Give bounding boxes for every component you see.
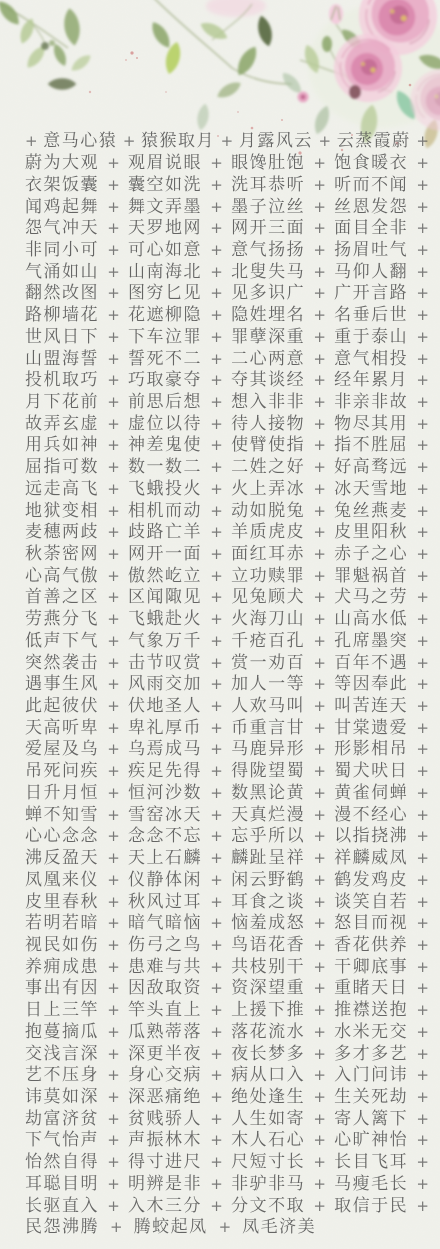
idiom-chain-row: 蔚为大观+观眉说眼+眼馋肚饱+饱食暖衣+	[25, 153, 429, 175]
idiom-text: 入木三分	[128, 1196, 202, 1217]
plus-separator: +	[210, 305, 223, 326]
idiom-text: 尺短寸长	[231, 1152, 305, 1173]
idiom-text: 隐姓埋名	[231, 305, 305, 326]
idiom-text: 伏地圣人	[128, 696, 202, 717]
plus-separator: +	[107, 414, 120, 435]
rose-bud	[298, 92, 309, 103]
idiom-chain-row: 屈指可数+数一数二+二姓之好+好高骛远+	[25, 457, 429, 479]
idiom-text: 衣架饭囊	[25, 175, 99, 196]
idiom-text: 屈指可数	[25, 457, 99, 478]
plus-separator: +	[210, 544, 223, 565]
plus-separator: +	[416, 522, 429, 543]
idiom-text: 祥麟威凤	[334, 848, 408, 869]
plus-separator: +	[107, 370, 120, 391]
leaf-branch-middle	[148, 0, 305, 131]
idiom-text: 重于泰山	[334, 327, 408, 348]
idiom-text: 世风日下	[25, 327, 99, 348]
plus-separator: +	[313, 826, 326, 847]
idiom-text: 鸟语花香	[231, 935, 305, 956]
plus-separator: +	[107, 153, 120, 174]
plus-separator: +	[210, 935, 223, 956]
idiom-text: 百年不遇	[334, 653, 408, 674]
plus-separator: +	[210, 739, 223, 760]
idiom-text: 丝恩发怨	[334, 197, 408, 218]
idiom-text: 飞蛾投火	[128, 479, 202, 500]
plus-separator: +	[210, 349, 223, 370]
plus-separator: +	[210, 1087, 223, 1108]
plus-separator: +	[210, 1022, 223, 1043]
plus-separator: +	[313, 848, 326, 869]
plus-separator: +	[210, 978, 223, 999]
idiom-text: 相机而动	[128, 501, 202, 522]
idiom-text: 囊空如洗	[128, 175, 202, 196]
plus-separator: +	[210, 218, 223, 239]
plus-separator: +	[313, 457, 326, 478]
plus-separator: +	[416, 957, 429, 978]
plus-separator: +	[416, 175, 429, 196]
plus-separator: +	[210, 240, 223, 261]
plus-separator: +	[210, 522, 223, 543]
idiom-chain-row: 山盟海誓+誓死不二+二心两意+意气相投+	[25, 348, 429, 370]
plus-separator: +	[107, 1109, 120, 1130]
plus-separator: +	[107, 957, 120, 978]
idiom-text: 虚位以待	[128, 414, 202, 435]
idiom-text: 怒目而视	[334, 913, 408, 934]
idiom-text: 前思后想	[128, 392, 202, 413]
plus-separator: +	[416, 1152, 429, 1173]
idiom-text: 深恶痛绝	[128, 1087, 202, 1108]
idiom-text: 花遮柳隐	[128, 305, 202, 326]
idiom-chain-row: 秋荼密网+网开一面+面红耳赤+赤子之心+	[25, 544, 429, 566]
idiom-text: 扬眉吐气	[334, 240, 408, 261]
plus-separator: +	[107, 848, 120, 869]
plus-separator: +	[210, 566, 223, 587]
idiom-text: 讳莫如深	[25, 1087, 99, 1108]
plus-separator: +	[416, 544, 429, 565]
plus-separator: +	[107, 262, 120, 283]
idiom-text: 冰天雪地	[334, 479, 408, 500]
plus-separator: +	[313, 1065, 326, 1086]
idiom-text: 耳食之谈	[231, 892, 305, 913]
idiom-text: 等因奉此	[334, 674, 408, 695]
idiom-chain-row: 事出有因+因敌取资+资深望重+重睹天日+	[25, 978, 429, 1000]
plus-separator: +	[210, 457, 223, 478]
idiom-text: 网开一面	[128, 544, 202, 565]
idiom-text: 多才多艺	[334, 1044, 408, 1065]
plus-separator: +	[416, 826, 429, 847]
plus-separator: +	[107, 1174, 120, 1195]
idiom-chain-row: 抱蔓摘瓜+瓜熟蒂落+落花流水+水米无交+	[25, 1021, 429, 1043]
idiom-text: 广开言路	[334, 283, 408, 304]
plus-separator: +	[107, 826, 120, 847]
idiom-chain-row: 视民如伤+伤弓之鸟+鸟语花香+香花供养+	[25, 935, 429, 957]
idiom-text: 怡然自得	[25, 1152, 99, 1173]
idiom-text: 患难与共	[128, 957, 202, 978]
idiom-text: 马瘦毛长	[334, 1174, 408, 1195]
leaf-bud	[41, 42, 49, 50]
idiom-chain-row: +意马心猿+猿猴取月+月露风云+云蒸霞蔚+	[25, 131, 429, 153]
plus-separator: +	[416, 349, 429, 370]
plus-separator: +	[210, 1044, 223, 1065]
idiom-chain-row: 用兵如神+神差鬼使+使臂使指+指不胜屈+	[25, 435, 429, 457]
plus-separator: +	[313, 1109, 326, 1130]
plus-separator: +	[313, 566, 326, 587]
plus-separator: +	[416, 392, 429, 413]
plus-separator: +	[210, 674, 223, 695]
idiom-text: 罪孽深重	[231, 327, 305, 348]
idiom-chain-row: 远走高飞+飞蛾投火+火上弄冰+冰天雪地+	[25, 479, 429, 501]
idiom-chain-row: 地狱变相+相机而动+动如脱兔+兔丝燕麦+	[25, 500, 429, 522]
idiom-text: 闲云野鹤	[231, 870, 305, 891]
idiom-chain-row: 蝉不知雪+雪窑冰天+天真烂漫+漫不经心+	[25, 804, 429, 826]
idiom-text: 天上石麟	[128, 848, 202, 869]
idiom-text: 日上三竿	[25, 1000, 99, 1021]
plus-separator: +	[416, 761, 429, 782]
idiom-text: 仪静体闲	[128, 870, 202, 891]
idiom-text: 首善之区	[25, 587, 99, 608]
idiom-chain-row: 凤凰来仪+仪静体闲+闲云野鹤+鹤发鸡皮+	[25, 869, 429, 891]
idiom-text: 投机取巧	[25, 370, 99, 391]
idiom-text: 兔丝燕麦	[334, 501, 408, 522]
plus-separator: +	[210, 479, 223, 500]
idiom-text: 饱食暖衣	[334, 153, 408, 174]
idiom-text: 好高骛远	[334, 457, 408, 478]
plus-separator: +	[107, 913, 120, 934]
idiom-text: 傲然屹立	[128, 566, 202, 587]
idiom-text: 皮里春秋	[25, 892, 99, 913]
idiom-text: 吊死问疾	[25, 761, 99, 782]
idiom-text: 秋风过耳	[128, 892, 202, 913]
plus-separator: +	[416, 587, 429, 608]
idiom-text: 币重言甘	[231, 718, 305, 739]
idiom-text: 形影相吊	[334, 739, 408, 760]
idiom-text: 雪窑冰天	[128, 805, 202, 826]
idiom-text: 下车泣罪	[128, 327, 202, 348]
idiom-chain-row: 闻鸡起舞+舞文弄墨+墨子泣丝+丝恩发怨+	[25, 196, 429, 218]
idiom-text: 夜长梦多	[231, 1044, 305, 1065]
idiom-text: 面目全非	[334, 218, 408, 239]
idiom-chain-row: 月下花前+前思后想+想入非非+非亲非故+	[25, 392, 429, 414]
idiom-text: 孔席墨突	[334, 631, 408, 652]
plus-separator: +	[107, 674, 120, 695]
idiom-chain-row: 低声下气+气象万千+千疮百孔+孔席墨突+	[25, 631, 429, 653]
idiom-text: 网开三面	[231, 218, 305, 239]
plus-separator: +	[313, 805, 326, 826]
plus-separator: +	[210, 783, 223, 804]
idiom-text: 非亲非故	[334, 392, 408, 413]
plus-separator: +	[416, 1174, 429, 1195]
idiom-text: 上援下推	[231, 1000, 305, 1021]
idiom-text: 水米无交	[334, 1022, 408, 1043]
idiom-text: 赤子之心	[334, 544, 408, 565]
idiom-text: 落花流水	[231, 1022, 305, 1043]
idiom-text: 突然袭击	[25, 653, 99, 674]
idiom-text: 病从口入	[231, 1065, 305, 1086]
plus-separator: +	[313, 544, 326, 565]
idiom-chain-row: 劫富济贫+贫贱骄人+人生如寄+寄人篱下+	[25, 1108, 429, 1130]
plus-separator: +	[416, 501, 429, 522]
idiom-text: 耳聪目明	[25, 1174, 99, 1195]
plus-separator: +	[210, 718, 223, 739]
idiom-text: 恼羞成怒	[231, 913, 305, 934]
plus-separator: +	[219, 1217, 232, 1238]
plus-separator: +	[416, 631, 429, 652]
plus-separator: +	[313, 631, 326, 652]
idiom-text: 长驱直入	[25, 1196, 99, 1217]
plus-separator: +	[313, 305, 326, 326]
plus-separator: +	[107, 544, 120, 565]
idiom-text: 气象万千	[128, 631, 202, 652]
plus-separator: +	[313, 218, 326, 239]
plus-separator: +	[416, 870, 429, 891]
plus-separator: +	[107, 1065, 120, 1086]
idiom-text: 麟趾呈祥	[231, 848, 305, 869]
plus-separator: +	[210, 848, 223, 869]
plus-separator: +	[313, 892, 326, 913]
idiom-text: 心心念念	[25, 826, 99, 847]
idiom-chain-row: 养痈成患+患难与共+共枝别干+干卿底事+	[25, 956, 429, 978]
plus-separator: +	[107, 718, 120, 739]
idiom-text: 蔚为大观	[25, 153, 99, 174]
plus-separator: +	[107, 739, 120, 760]
rose-bud	[329, 4, 343, 24]
leaf-sprig-left	[0, 0, 93, 90]
plus-separator: +	[313, 1022, 326, 1043]
idiom-text: 资深望重	[231, 978, 305, 999]
idiom-text: 非同小可	[25, 240, 99, 261]
plus-separator: +	[107, 870, 120, 891]
plus-separator: +	[416, 131, 429, 152]
plus-separator: +	[107, 696, 120, 717]
plus-separator: +	[313, 1130, 326, 1151]
plus-separator: +	[107, 522, 120, 543]
idiom-text: 共枝别干	[231, 957, 305, 978]
watercolor-wash	[206, 0, 266, 17]
plus-separator: +	[107, 978, 120, 999]
idiom-text: 火上弄冰	[231, 479, 305, 500]
plus-separator: +	[210, 587, 223, 608]
idiom-text: 深更半夜	[128, 1044, 202, 1065]
idiom-chain-row: 心高气傲+傲然屹立+立功赎罪+罪魁祸首+	[25, 565, 429, 587]
plus-separator: +	[107, 631, 120, 652]
idiom-text: 二心两意	[231, 349, 305, 370]
plus-separator: +	[107, 218, 120, 239]
plus-separator: +	[107, 197, 120, 218]
idiom-text: 立功赎罪	[231, 566, 305, 587]
idiom-chain: +意马心猿+猿猴取月+月露风云+云蒸霞蔚+蔚为大观+观眉说眼+眼馋肚饱+饱食暖衣…	[0, 131, 440, 1239]
plus-separator: +	[110, 1217, 123, 1238]
plus-separator: +	[416, 696, 429, 717]
plus-separator: +	[313, 935, 326, 956]
idiom-text: 月下花前	[25, 392, 99, 413]
idiom-chain-row: 耳聪目明+明辨是非+非驴非马+马瘦毛长+	[25, 1174, 429, 1196]
idiom-text: 养痈成患	[25, 957, 99, 978]
plus-separator: +	[210, 870, 223, 891]
plus-separator: +	[210, 1000, 223, 1021]
idiom-text: 山盟海誓	[25, 349, 99, 370]
idiom-text: 风雨交加	[128, 674, 202, 695]
idiom-text: 鹤发鸡皮	[334, 870, 408, 891]
idiom-text: 得陇望蜀	[231, 761, 305, 782]
plus-separator: +	[416, 739, 429, 760]
plus-separator: +	[107, 761, 120, 782]
plus-separator: +	[313, 501, 326, 522]
plus-separator: +	[107, 783, 120, 804]
plus-separator: +	[210, 761, 223, 782]
idiom-chain-row: 投机取巧+巧取豪夺+夺其谈经+经年累月+	[25, 370, 429, 392]
idiom-text: 夺其谈经	[231, 370, 305, 391]
plus-separator: +	[107, 457, 120, 478]
plus-separator: +	[210, 392, 223, 413]
idiom-text: 区闻陬见	[128, 587, 202, 608]
plus-separator: +	[313, 783, 326, 804]
plus-separator: +	[210, 913, 223, 934]
plus-separator: +	[210, 1152, 223, 1173]
idiom-text: 路柳墙花	[25, 305, 99, 326]
plus-separator: +	[210, 609, 223, 630]
idiom-text: 见兔顾犬	[231, 587, 305, 608]
idiom-chain-row: 艺不压身+身心交病+病从口入+入门问讳+	[25, 1065, 429, 1087]
idiom-text: 秋荼密网	[25, 544, 99, 565]
plus-separator: +	[210, 327, 223, 348]
plus-separator: +	[210, 1065, 223, 1086]
plus-separator: +	[416, 414, 429, 435]
idiom-text: 事出有因	[25, 978, 99, 999]
idiom-text: 绝处逢生	[231, 1087, 305, 1108]
plus-separator: +	[416, 1130, 429, 1151]
idiom-chain-row: 突然袭击+击节叹赏+赏一劝百+百年不遇+	[25, 652, 429, 674]
idiom-chain-row: 路柳墙花+花遮柳隐+隐姓埋名+名垂后世+	[25, 305, 429, 327]
rose-bud-dark	[349, 85, 361, 99]
idiom-text: 以指挠沸	[334, 826, 408, 847]
idiom-text: 暗气暗恼	[128, 913, 202, 934]
plus-separator: +	[107, 175, 120, 196]
rose-bud-center	[301, 95, 306, 100]
idiom-text: 心旷神怡	[334, 1130, 408, 1151]
plus-separator: +	[313, 739, 326, 760]
plus-separator: +	[313, 1087, 326, 1108]
idiom-text: 伤弓之鸟	[128, 935, 202, 956]
idiom-text: 腾蛟起凤	[134, 1217, 208, 1238]
idiom-text: 低声下气	[25, 631, 99, 652]
idiom-text: 人欢马叫	[231, 696, 305, 717]
plus-separator: +	[313, 587, 326, 608]
plus-separator: +	[210, 262, 223, 283]
idiom-text: 竿头直上	[128, 1000, 202, 1021]
idiom-text: 北叟失马	[231, 262, 305, 283]
plus-separator: +	[313, 414, 326, 435]
plus-separator: +	[313, 978, 326, 999]
plus-separator: +	[416, 197, 429, 218]
plus-separator: +	[313, 370, 326, 391]
idiom-text: 麦穗两歧	[25, 522, 99, 543]
idiom-text: 身心交病	[128, 1065, 202, 1086]
plus-separator: +	[107, 566, 120, 587]
idiom-text: 洗耳恭听	[231, 175, 305, 196]
idiom-chain-row: 吊死问疾+疾足先得+得陇望蜀+蜀犬吠日+	[25, 761, 429, 783]
plus-separator: +	[313, 674, 326, 695]
idiom-text: 分文不取	[231, 1196, 305, 1217]
idiom-text: 贫贱骄人	[128, 1109, 202, 1130]
idiom-text: 气涌如山	[25, 262, 99, 283]
plus-separator: +	[313, 435, 326, 456]
idiom-text: 沸反盈天	[25, 848, 99, 869]
plus-separator: +	[313, 609, 326, 630]
idiom-text: 故弄玄虚	[25, 414, 99, 435]
idiom-text: 叫苦连天	[334, 696, 408, 717]
plus-separator: +	[107, 1130, 120, 1151]
plus-separator: +	[416, 262, 429, 283]
plus-separator: +	[210, 1174, 223, 1195]
idiom-chain-row: 爱屋及乌+乌焉成马+马鹿异形+形影相吊+	[25, 739, 429, 761]
plus-separator: +	[107, 1000, 120, 1021]
plus-separator: +	[313, 479, 326, 500]
plus-separator: +	[210, 435, 223, 456]
plus-separator: +	[107, 435, 120, 456]
plus-separator: +	[313, 392, 326, 413]
idiom-text: 马仰人翻	[334, 262, 408, 283]
plus-separator: +	[416, 153, 429, 174]
idiom-text: 猿猴取月	[141, 131, 215, 152]
plus-separator: +	[416, 370, 429, 391]
plus-separator: +	[416, 566, 429, 587]
plus-separator: +	[313, 1152, 326, 1173]
plus-separator: +	[107, 892, 120, 913]
idiom-text: 念念不忘	[128, 826, 202, 847]
idiom-text: 艺不压身	[25, 1065, 99, 1086]
idiom-chain-row: 怡然自得+得寸进尺+尺短寸长+长目飞耳+	[25, 1152, 429, 1174]
plus-separator: +	[107, 501, 120, 522]
idiom-chain-row: 遇事生风+风雨交加+加人一等+等因奉此+	[25, 674, 429, 696]
idiom-text: 物尽其用	[334, 414, 408, 435]
idiom-text: 若明若暗	[25, 913, 99, 934]
idiom-text: 远走高飞	[25, 479, 99, 500]
plus-separator: +	[313, 1174, 326, 1195]
idiom-chain-row: 讳莫如深+深恶痛绝+绝处逢生+生关死劫+	[25, 1087, 429, 1109]
plus-separator: +	[416, 935, 429, 956]
idiom-chain-row: 沸反盈天+天上石麟+麟趾呈祥+祥麟威凤+	[25, 848, 429, 870]
idiom-text: 舞文弄墨	[128, 197, 202, 218]
idiom-text: 抱蔓摘瓜	[25, 1022, 99, 1043]
plus-separator: +	[210, 153, 223, 174]
idiom-chain-row: 若明若暗+暗气暗恼+恼羞成怒+怒目而视+	[25, 913, 429, 935]
plus-separator: +	[107, 1044, 120, 1065]
plus-separator: +	[107, 283, 120, 304]
idiom-text: 干卿底事	[334, 957, 408, 978]
plus-separator: +	[416, 783, 429, 804]
idiom-text: 天真烂漫	[231, 805, 305, 826]
plus-separator: +	[313, 718, 326, 739]
plus-separator: +	[313, 1000, 326, 1021]
plus-separator: +	[416, 327, 429, 348]
plus-separator: +	[210, 826, 223, 847]
idiom-text: 入门问讳	[334, 1065, 408, 1086]
plus-separator: +	[210, 197, 223, 218]
idiom-text: 千疮百孔	[231, 631, 305, 652]
idiom-text: 飞蛾赴火	[128, 609, 202, 630]
idiom-text: 云蒸霞蔚	[337, 131, 411, 152]
idiom-text: 蜀犬吠日	[334, 761, 408, 782]
idiom-text: 天罗地网	[128, 218, 202, 239]
plus-separator: +	[221, 131, 234, 152]
plus-separator: +	[210, 631, 223, 652]
idiom-text: 名垂后世	[334, 305, 408, 326]
idiom-chain-row: 此起彼伏+伏地圣人+人欢马叫+叫苦连天+	[25, 696, 429, 718]
idiom-chain-row: 翻然改图+图穷匕见+见多识广+广开言路+	[25, 283, 429, 305]
plus-separator: +	[313, 913, 326, 934]
idiom-text: 劫富济贫	[25, 1109, 99, 1130]
idiom-text: 蝉不知雪	[25, 805, 99, 826]
